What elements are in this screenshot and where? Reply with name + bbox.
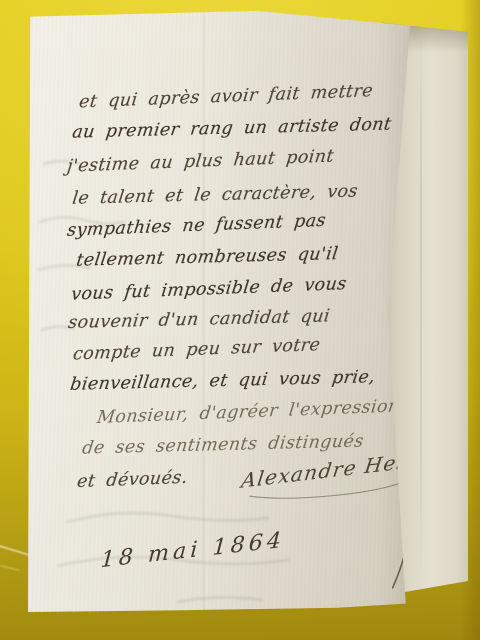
handwritten-line-10: bienveillance, et qui vous prie,	[69, 367, 376, 395]
handwritten-line-7: vous fut impossible de vous	[70, 274, 348, 305]
photo-of-handwritten-letter: et qui après avoir fait mettre au premie…	[0, 0, 480, 640]
handwritten-line-11: Monsieur, d'agréer l'expression	[96, 396, 401, 428]
letter-page: et qui après avoir fait mettre au premie…	[28, 10, 410, 612]
handwritten-line-5: sympathies ne fussent pas	[66, 211, 327, 241]
handwritten-line-1: et qui après avoir fait mettre	[78, 81, 374, 112]
date-line: 18 mai 1864	[100, 528, 286, 573]
handwritten-line-6: tellement nombreuses qu'il	[75, 244, 339, 271]
handwritten-line-9: compte un peu sur votre	[72, 335, 322, 365]
handwritten-line-4: le talent et le caractère, vos	[71, 181, 359, 208]
leaf-fold-line	[420, 30, 422, 585]
background-scratch	[0, 565, 20, 572]
handwritten-line-3: j'estime au plus haut point	[66, 146, 335, 176]
handwriting-block: et qui après avoir fait mettre au premie…	[21, 3, 422, 617]
handwritten-line-12: de ses sentiments distingués	[81, 431, 365, 458]
handwritten-line-2: au premier rang un artiste dont	[71, 114, 393, 142]
handwritten-line-13: et dévoués.	[76, 468, 189, 492]
handwritten-line-8: souvenir d'un candidat qui	[67, 306, 331, 333]
